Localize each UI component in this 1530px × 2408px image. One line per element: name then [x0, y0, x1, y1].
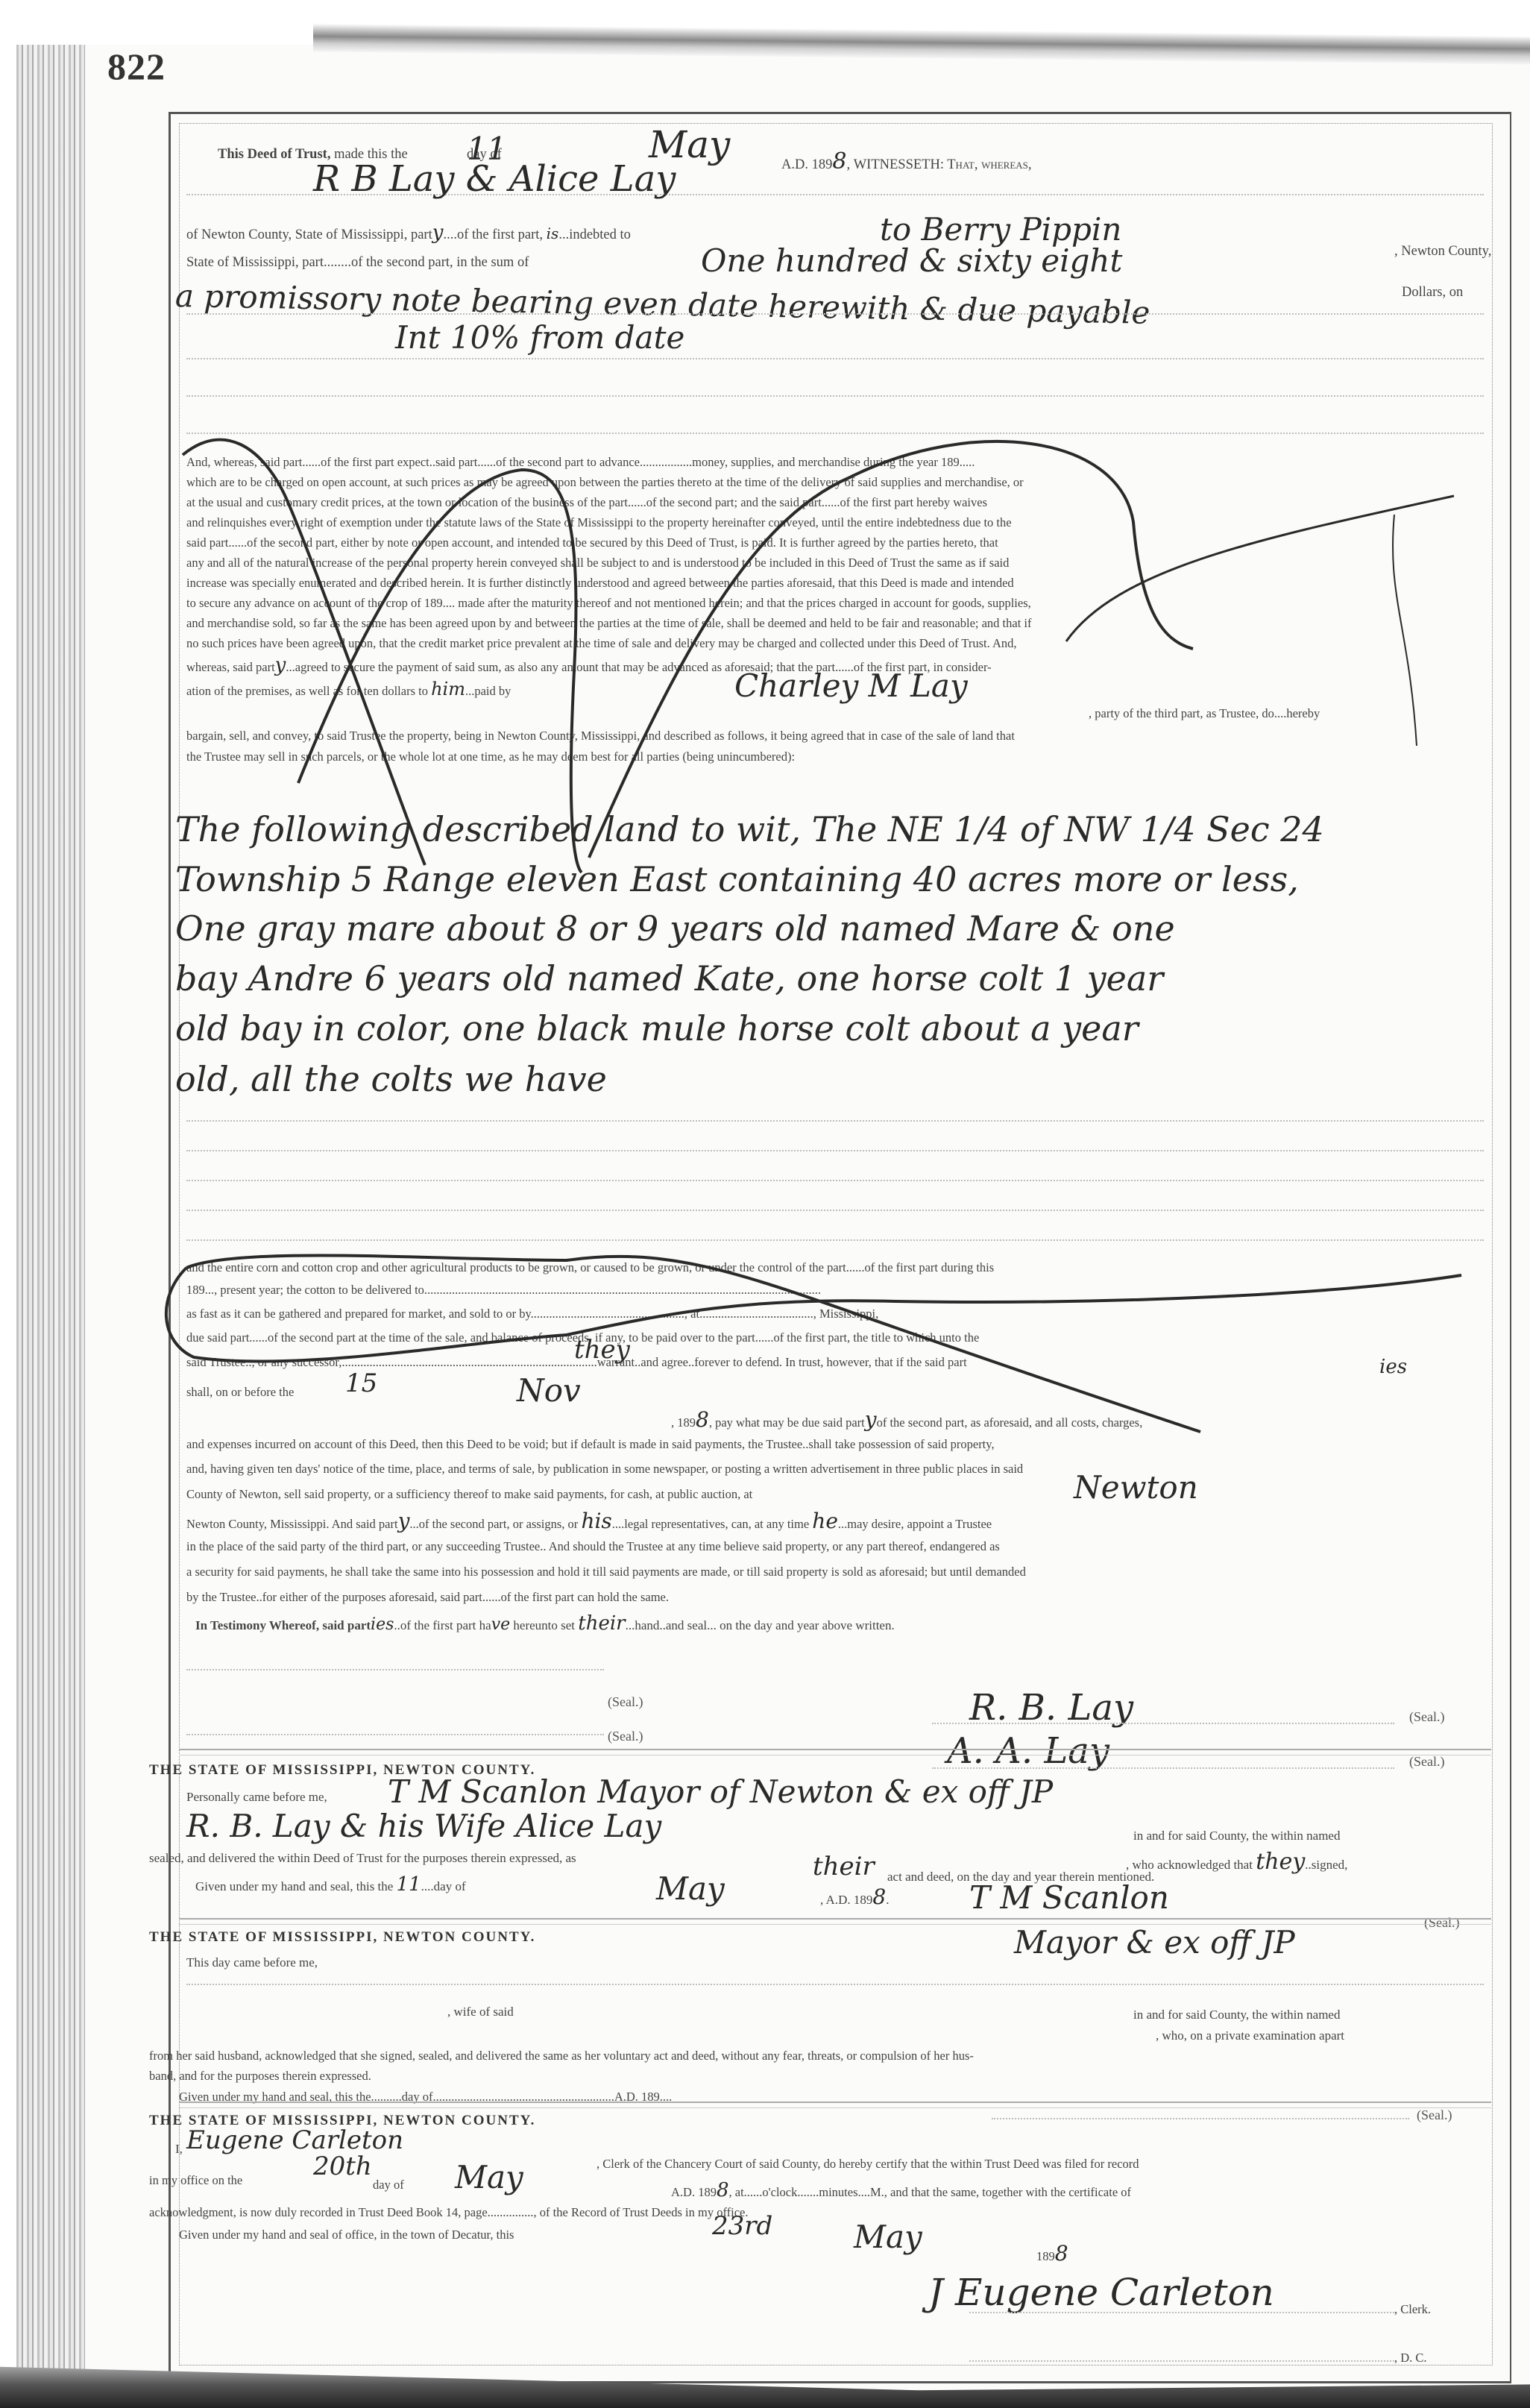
crop-clause-strike	[166, 1255, 1461, 1432]
strikethrough-marks	[0, 0, 1530, 2408]
advance-clause-strike	[183, 440, 1193, 873]
